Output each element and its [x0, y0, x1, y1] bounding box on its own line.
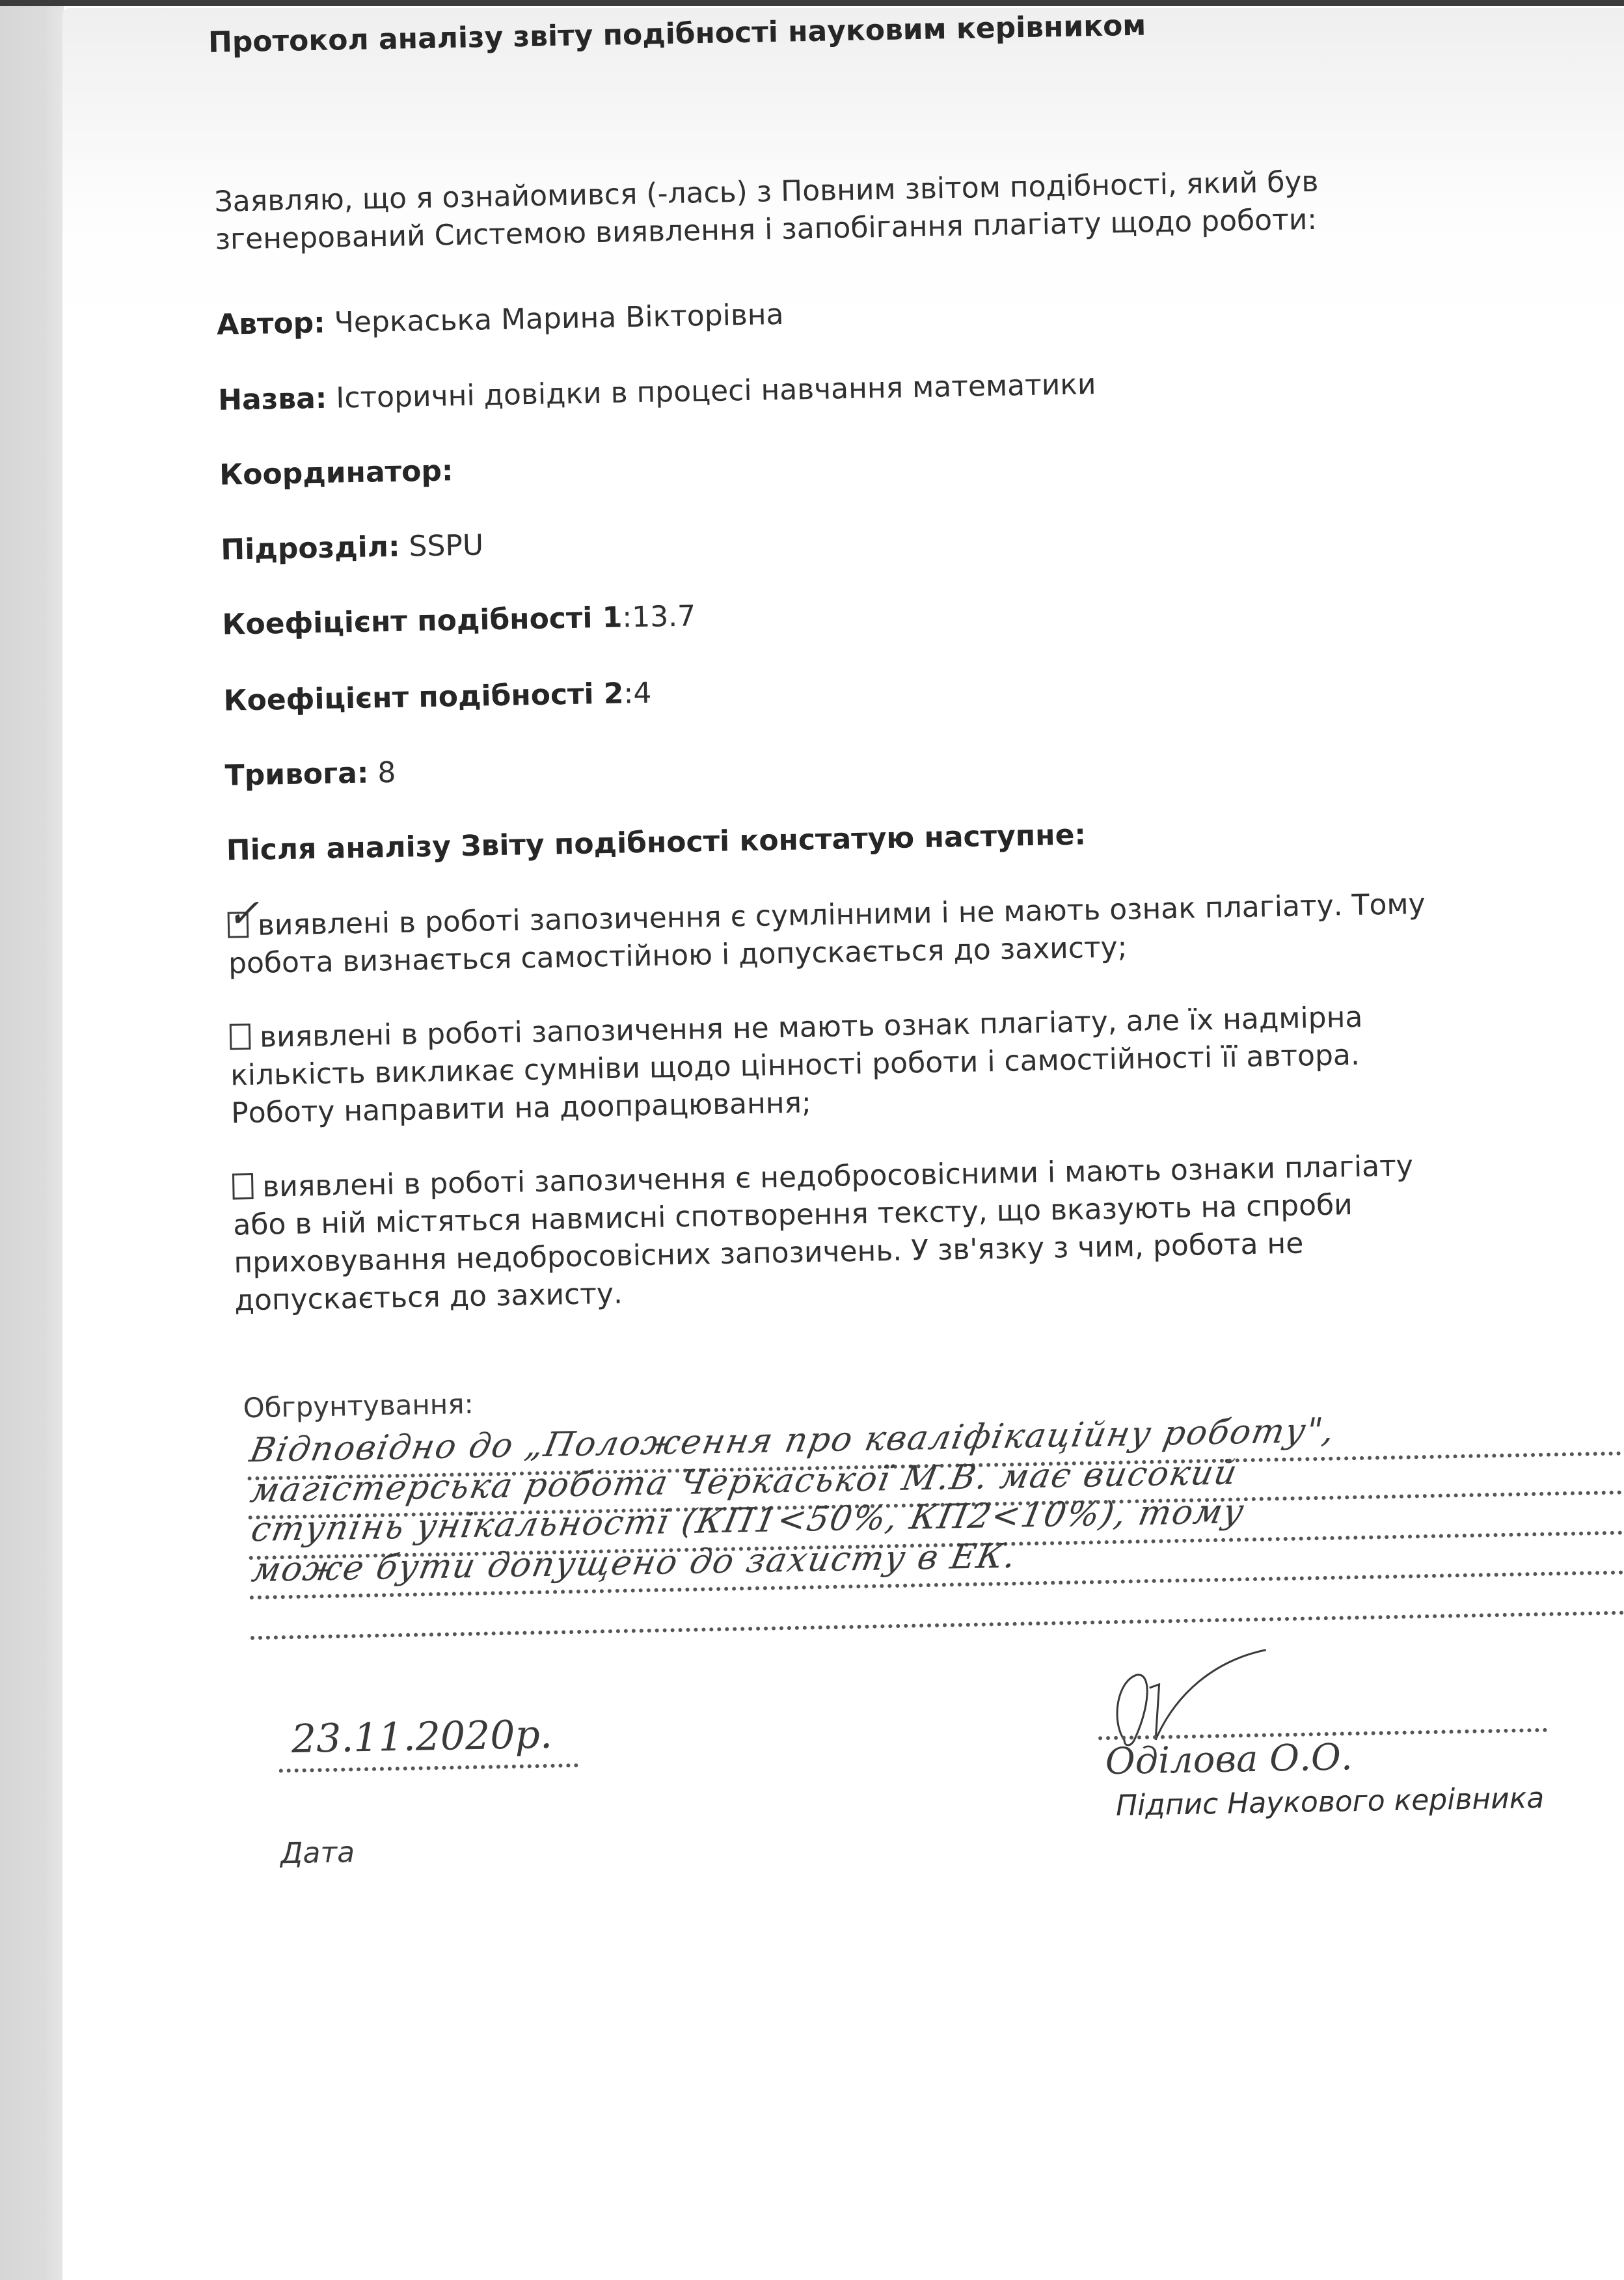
field-label: Коефіцієнт подібності 1 — [222, 601, 623, 641]
field-work-name: Назва: Історичні довідки в процесі навча… — [218, 368, 1096, 417]
handwritten-date: 23.11.2020р. — [291, 1712, 552, 1762]
field-label: Назва: — [218, 382, 327, 417]
intro-statement: Заявляю, що я ознайомився (-лась) з Повн… — [214, 163, 1319, 259]
field-value: SSPU — [409, 528, 484, 563]
justification-label: Обгрунтування: — [243, 1388, 474, 1424]
date-dotted-line — [279, 1763, 578, 1772]
field-label: Коефіцієнт подібності 2 — [223, 677, 624, 717]
field-value: :13.7 — [622, 599, 696, 634]
field-value: Історичні довідки в процесі навчання мат… — [336, 368, 1096, 414]
date-label: Дата — [280, 1836, 355, 1870]
signature-label: Підпис Наукового керівника — [1116, 1782, 1545, 1823]
checkmark-icon: ✓ — [226, 894, 260, 934]
checkbox-checked-icon[interactable]: ✓ — [228, 912, 249, 938]
field-value: 8 — [377, 756, 396, 790]
field-label: Координатор: — [219, 454, 453, 492]
conclusion-option-2[interactable]: виявлені в роботі запозичення не мають о… — [230, 999, 1364, 1133]
field-label: Автор: — [217, 306, 326, 342]
conclusion-option-3[interactable]: виявлені в роботі запозичення є недоброс… — [232, 1147, 1416, 1320]
checkbox-empty-icon[interactable] — [230, 1024, 251, 1050]
field-value: Черкаська Марина Вікторівна — [334, 298, 784, 340]
field-label: Підрозділ: — [221, 530, 400, 567]
field-similarity-coef-1: Коефіцієнт подібності 1:13.7 — [222, 599, 696, 641]
conclusion-option-1[interactable]: ✓виявлені в роботі запозичення є сумлінн… — [227, 886, 1426, 983]
field-author: Автор: Черкаська Марина Вікторівна — [217, 298, 784, 342]
field-similarity-coef-2: Коефіцієнт подібності 2:4 — [223, 677, 652, 718]
dotted-writing-line — [250, 1610, 1624, 1640]
field-alarm: Тривога: 8 — [224, 756, 396, 793]
document-title: Протокол аналізу звіту подібності науков… — [208, 9, 1146, 59]
field-label: Тривога: — [224, 757, 369, 793]
checkbox-empty-icon[interactable] — [232, 1173, 254, 1200]
field-division: Підрозділ: SSPU — [221, 528, 484, 566]
field-coordinator: Координатор: — [219, 454, 453, 492]
conclusion-heading: Після аналізу Звіту подібності констатую… — [226, 818, 1086, 867]
document-content: Протокол аналізу звіту подібності науков… — [0, 0, 1624, 2280]
field-value: :4 — [623, 677, 652, 711]
handwritten-supervisor-name: Оділова О.О. — [1105, 1736, 1353, 1783]
